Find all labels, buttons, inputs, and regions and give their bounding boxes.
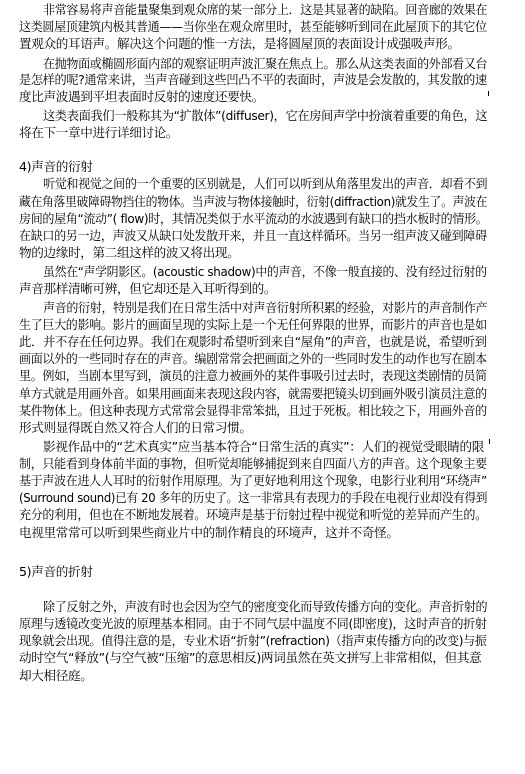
text-line: 这类表面我们一般称其为“扩散体”(diffuser)，它在房间声学中扮演着重要的… xyxy=(43,108,487,124)
text-line: 是怎样的呢?通常来讲，当声音碰到这些凹凸不平的表面时，声波是会发散的，其发散的速 xyxy=(19,72,487,88)
text-line: 制，只能看到身体前半面的事物，但听觉却能够捕捉到来自四面八方的声音。这个现象主要 xyxy=(19,456,487,472)
text-line: 基于声波在进人人耳时的衍射作用原理。为了更好地利用这个现象，电影行业利用“环绕声… xyxy=(19,473,487,489)
text-line: 单方式就是用画外音。如果用画面来表现这段内容，就需要把镜头切到画外吸引演员注意的 xyxy=(19,386,487,402)
text-line: (Surround sound)已有 20 多年的历史了。这一非常具有表现力的手… xyxy=(19,490,487,506)
text-line: 生了巨大的影响。影片的画面呈现的实际上是一个无任何界限的世界，而影片的声音也是如 xyxy=(19,317,487,333)
text-line: 动时空气“释放”(与空气被“压缩”的意思相反)两词虽然在英文拼写上非常相似，但其… xyxy=(19,650,481,666)
text-line: 虽然在“声学阴影区。(acoustic shadow)中的声音，不像一般直接的、… xyxy=(43,264,487,280)
section-heading: 4)声音的衍射 xyxy=(19,159,92,175)
text-line: 非常容易将声音能量聚集到观众席的某一部分上．这是其显著的缺陷。回音廊的效果在 xyxy=(43,2,487,18)
text-line: 里。例如，当剧本里写到，演员的注意力被画外的某件事吸引过去时，表现这类剧情的员简 xyxy=(19,368,487,384)
stray-mark xyxy=(489,439,490,444)
text-line: 将在下一章中进行详细讨论。 xyxy=(19,125,178,141)
section-heading: 5)声音的折射 xyxy=(19,564,92,580)
text-line: 影视作品中的“艺术真实”应当基本符合“日常生活的真实”：人们的视觉受眼睛的限 xyxy=(43,439,484,455)
stray-mark xyxy=(488,91,489,96)
text-line: 声音那样清晰可辨，但它却还是入耳听得到的。 xyxy=(19,281,276,297)
text-line: 却大相径庭。 xyxy=(19,668,92,684)
text-line: 电视里常常可以听到果些商业片中的制作精良的环境声，这并不奇怪。 xyxy=(19,525,399,541)
text-line: 形式则显得既自然又符合人们的日常习惯。 xyxy=(19,420,252,436)
text-line: 原理与透镜改变光波的原理基本相同。由于不同气层中温度不同(即密度)，这时声音的折… xyxy=(19,616,487,632)
text-line: 在抛物面或椭圆形面内部的观察证明声波汇聚在焦点上。那么从这类表面的外部看又台 xyxy=(43,56,487,72)
text-line: 房间的屋角“流动”( flow)时，其情况类似于水平流动的水波遇到有缺口的挡水板… xyxy=(19,211,487,227)
text-line: 现象就会出现。值得注意的是，专业术语“折射”(refraction)（指声束传播… xyxy=(19,633,487,649)
text-line: 度比声波遇到平坦表面时反射的速度还要快。 xyxy=(19,89,264,105)
text-line: 藏在角落里破障碍物挡住的物体。当声波与物体接触时，衍射(diffraction)… xyxy=(19,194,487,210)
text-line: 此．并不存在任何边界。我们在观影时希望听到来自“屋角”的声音，也就是说，希望听到 xyxy=(19,334,487,350)
text-line: 某件物体上。但这种表现方式常常会显得非常笨拙，且过于死板。相比较之下，用画外音的 xyxy=(19,403,487,419)
text-line: 听觉和视觉之间的一个重要的区别就是，人们可以听到从角落里发出的声音．却看不到 xyxy=(43,176,487,192)
text-line: 除了反射之外，声波有时也会因为空气的密度变化而导致传播方向的变化。声音折射的 xyxy=(43,599,487,615)
text-line: 画面以外的一些同时存在的声音。编剧常常会把画面之外的一些同时发生的动作也写在剧本 xyxy=(19,351,487,367)
text-line: 这类圆屋顶建筑内极其普通——当你坐在观众席里时，甚至能够听到同在此屋顶下的其它位 xyxy=(19,19,487,35)
text-line: 置观众的耳语声。解决这个问题的惟一方法，是将圆屋顶的表面设计成强吸声形。 xyxy=(19,36,460,52)
text-line: 物的边缘时，第二组这样的波又将出现。 xyxy=(19,245,239,261)
text-line: 在缺口的另一边，声波又从缺口处发散开来，并且一直这样循环。当另一组声波又碰到障碍 xyxy=(19,228,487,244)
text-line: 声音的衍射，特别是我们在日常生活中对声音衍射所积累的经验，对影片的声音制作产 xyxy=(43,300,487,316)
text-line: 充分的利用，但也在不断地发展着。环境声是基于衍射过程中视觉和听觉的差异而产生的。 xyxy=(19,507,487,523)
